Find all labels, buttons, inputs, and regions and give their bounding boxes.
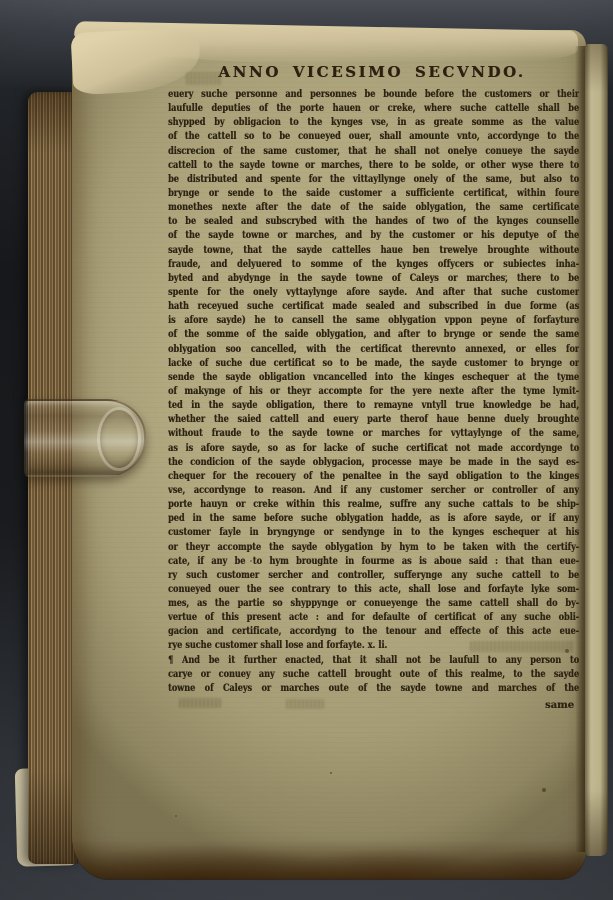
text-line: be distributed and spente for the vittay… bbox=[168, 173, 579, 187]
text-line: conueyed ouer the see contrary to this a… bbox=[168, 583, 579, 597]
text-line: without fraude to the sayde towne or mar… bbox=[168, 427, 579, 441]
text-line: euery suche personne and personnes be bo… bbox=[168, 88, 579, 102]
text-line: cattell to the sayde towne or marches, t… bbox=[168, 159, 579, 173]
book-photograph: ANNO VICESIMO SECVNDO. euery suche perso… bbox=[0, 0, 613, 900]
text-line: or theyr accompte the sayde oblygation b… bbox=[168, 541, 579, 555]
text-line: cate, if any be to hym broughte in fourm… bbox=[168, 555, 579, 569]
text-line: of the sayde towne or marches, and by th… bbox=[168, 229, 579, 243]
text-line: is afore sayde) he to cansell the same o… bbox=[168, 314, 579, 328]
show-through-folio-mark bbox=[186, 72, 222, 85]
text-line: sayde towne, that the sayde cattelles ha… bbox=[168, 244, 579, 258]
text-line: the condicion of the sayde oblygacion, p… bbox=[168, 456, 579, 470]
text-line: porte hauyn or creke within this realme,… bbox=[168, 498, 579, 512]
text-line: ted in the sayde obligation, there to re… bbox=[168, 399, 579, 413]
text-line: ped in the same before suche oblygation … bbox=[168, 512, 579, 526]
text-line: laufulle deputies of the porte hauen or … bbox=[168, 102, 579, 116]
text-line: ry such customer sercher and controller,… bbox=[168, 569, 579, 583]
glass-book-weight bbox=[24, 399, 146, 477]
body-text: euery suche personne and personnes be bo… bbox=[168, 88, 579, 696]
text-line: ¶ And be it further enacted, that it sha… bbox=[168, 654, 579, 668]
text-line: lacke of suche due certificat so to be m… bbox=[168, 357, 579, 371]
text-line: sende the sayde obligation vncancelled i… bbox=[168, 371, 579, 385]
text-line: vertue of this present acte : and for de… bbox=[168, 611, 579, 625]
text-line: mes, as the partie so shyppynge or conue… bbox=[168, 597, 579, 611]
text-line: of the cattell so to be conueyed ouer, s… bbox=[168, 130, 579, 144]
text-line: carye or conuey any suche cattell brough… bbox=[168, 668, 579, 682]
text-line: oblygation soo cancelled, with the certi… bbox=[168, 343, 579, 357]
text-line: gacion and certificate, accordyng to the… bbox=[168, 625, 579, 639]
text-line: hath receyued suche certificat made seal… bbox=[168, 300, 579, 314]
text-line: whether the saied cattell and euery part… bbox=[168, 413, 579, 427]
text-line: vse, accordynge to reason. And if any cu… bbox=[168, 484, 579, 498]
catchword: same bbox=[168, 699, 574, 713]
text-line: byted and abydynge in the sayde towne of… bbox=[168, 272, 579, 286]
text-line: chequer for the recouery of the penaltee… bbox=[168, 470, 579, 484]
text-line: monethes nexte after the date of the sai… bbox=[168, 201, 579, 215]
book-fore-edge bbox=[28, 92, 78, 864]
adjacent-page-edges bbox=[585, 44, 608, 856]
text-line: spente for the onely vyttaylynge afore s… bbox=[168, 286, 579, 300]
text-line: shypped by obligacion to the kynges vse,… bbox=[168, 116, 579, 130]
text-line: customer fayle in bryngynge or sendynge … bbox=[168, 526, 579, 540]
text-line: fraude, and delyuered to somme of the ky… bbox=[168, 258, 579, 272]
text-line: to be sealed and subscrybed with the han… bbox=[168, 215, 579, 229]
show-through-text-mark bbox=[470, 641, 574, 652]
text-line: as is afore sayde, so as for lacke of su… bbox=[168, 442, 579, 456]
text-line: discrecion of the same customer, that he… bbox=[168, 145, 579, 159]
dust-specks bbox=[330, 772, 332, 774]
page-heading: ANNO VICESIMO SECVNDO. bbox=[168, 62, 576, 82]
text-line: of makynge of his or theyr accompte for … bbox=[168, 385, 579, 399]
text-line: of the somme of the saide oblygation, an… bbox=[168, 328, 579, 342]
text-line: towne of Caleys or marches oute of the s… bbox=[168, 682, 579, 696]
text-line: brynge or sende to the saide customer a … bbox=[168, 187, 579, 201]
